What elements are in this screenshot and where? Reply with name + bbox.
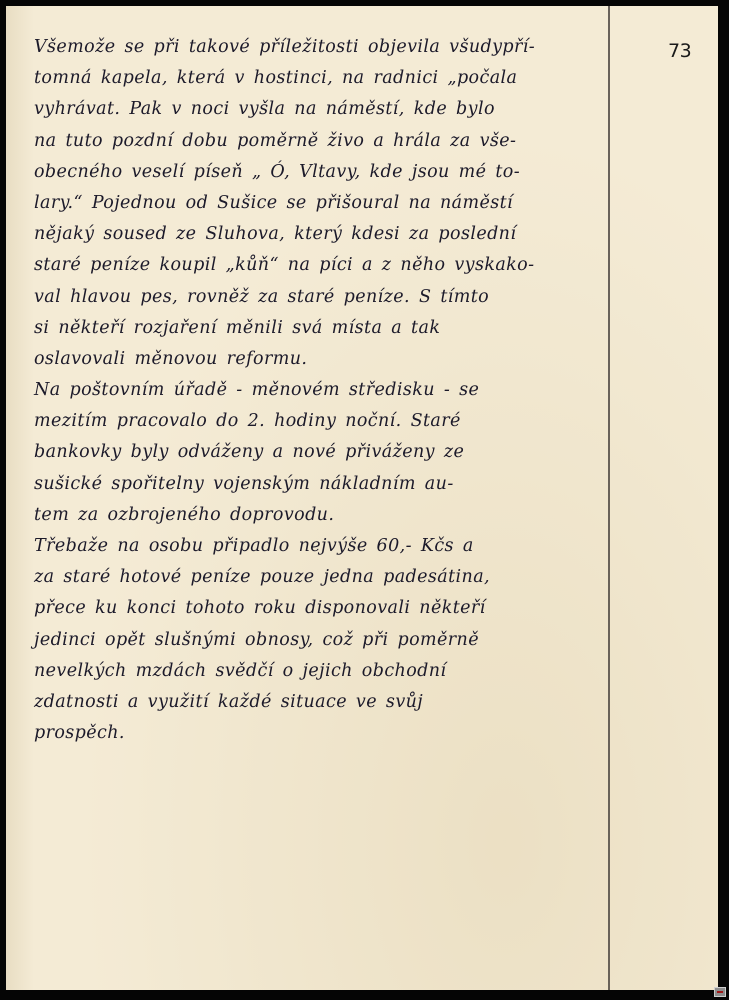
- text-line-16: tem za ozbrojeného doprovodu.: [34, 500, 606, 531]
- text-line-20: jedinci opět slušnými obnosy, což při po…: [34, 625, 606, 656]
- text-line-3: vyhrávat. Pak v noci vyšla na náměstí, k…: [34, 94, 606, 125]
- text-line-23: prospěch.: [34, 718, 606, 749]
- text-line-5: obecného veselí píseň „ Ó, Vltavy, kde j…: [34, 157, 606, 188]
- text-line-8: staré peníze koupil „kůň“ na píci a z ně…: [34, 250, 606, 281]
- text-line-13: mezitím pracovalo do 2. hodiny noční. St…: [34, 406, 606, 437]
- text-line-6: lary.“ Pojednou od Sušice se přišoural n…: [34, 188, 606, 219]
- text-line-10: si někteří rozjaření měnili svá místa a …: [34, 313, 606, 344]
- text-line-19: přece ku konci tohoto roku disponovali n…: [34, 593, 606, 624]
- text-line-15: sušické spořitelny vojenským nákladním a…: [34, 469, 606, 500]
- text-line-1: Všemože se při takové příležitosti objev…: [34, 32, 606, 63]
- text-line-9: val hlavou pes, rovněž za staré peníze. …: [34, 282, 606, 313]
- text-line-21: nevelkých mzdách svědčí o jejich obchodn…: [34, 656, 606, 687]
- text-line-22: zdatnosti a využití každé situace ve svů…: [34, 687, 606, 718]
- text-line-12: Na poštovním úřadě - měnovém středisku -…: [34, 375, 606, 406]
- text-line-4: na tuto pozdní dobu poměrně živo a hrála…: [34, 126, 606, 157]
- scan-frame: 73 Všemože se při takové příležitosti ob…: [0, 0, 729, 1000]
- text-line-11: oslavovali měnovou reformu.: [34, 344, 606, 375]
- text-line-2: tomná kapela, která v hostinci, na radni…: [34, 63, 606, 94]
- margin-rule: [608, 6, 610, 990]
- notebook-page: 73 Všemože se při takové příležitosti ob…: [6, 6, 718, 990]
- minimize-icon[interactable]: [714, 987, 726, 997]
- text-line-17: Třebaže na osobu připadlo nejvýše 60,- K…: [34, 531, 606, 562]
- page-number: 73: [668, 40, 691, 62]
- handwritten-text: Všemože se při takové příležitosti objev…: [34, 32, 606, 749]
- text-line-7: nějaký soused ze Sluhova, který kdesi za…: [34, 219, 606, 250]
- text-line-18: za staré hotové peníze pouze jedna pades…: [34, 562, 606, 593]
- text-line-14: bankovky byly odváženy a nové přiváženy …: [34, 437, 606, 468]
